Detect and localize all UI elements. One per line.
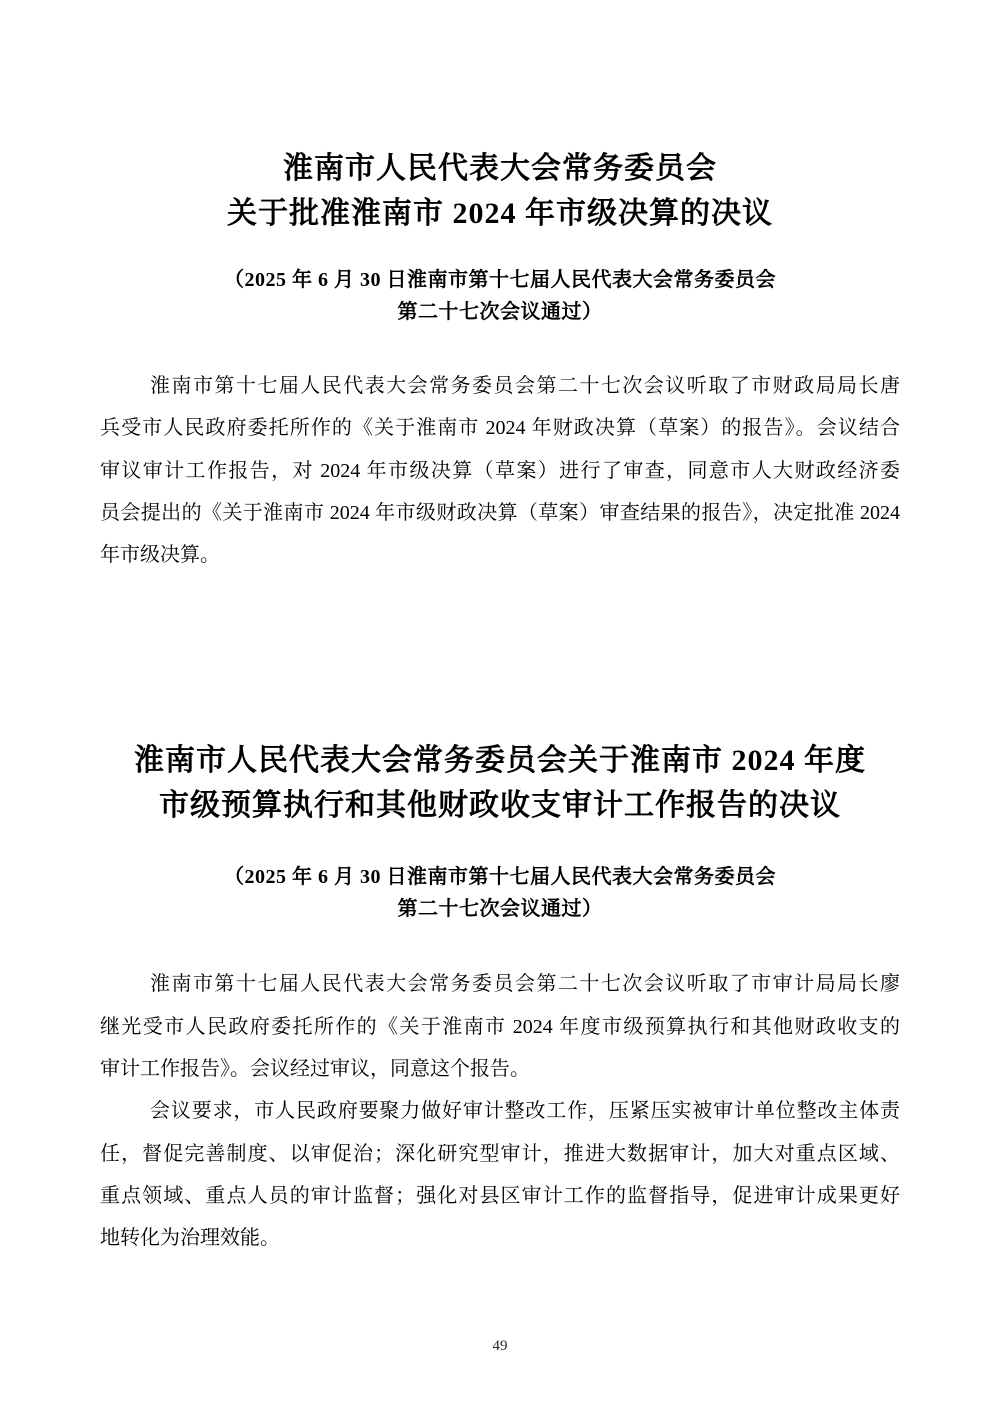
body-line: 审计工作报告》。会议经过审议，同意这个报告。 xyxy=(100,1048,900,1090)
resolution-1-body-paragraph: 淮南市第十七届人民代表大会常务委员会第二十七次会议听取了市财政局局长唐 兵受市人… xyxy=(100,365,900,576)
page-number: 49 xyxy=(0,1336,1000,1356)
body-line: 继光受市人民政府委托所作的《关于淮南市 2024 年度市级预算执行和其他财政收支… xyxy=(100,1006,900,1048)
resolution-2-body-paragraph-2: 会议要求，市人民政府要聚力做好审计整改工作，压紧压实被审计单位整改主体责 任，督… xyxy=(100,1090,900,1259)
body-line: 重点领域、重点人员的审计监督；强化对县区审计工作的监督指导，促进审计成果更好 xyxy=(100,1175,900,1217)
resolution-2: 淮南市人民代表大会常务委员会关于淮南市 2024 年度 市级预算执行和其他财政收… xyxy=(100,738,900,1259)
body-line: 兵受市人民政府委托所作的《关于淮南市 2024 年财政决算（草案）的报告》。会议… xyxy=(100,407,900,449)
body-line: 任，督促完善制度、以审促治；深化研究型审计，推进大数据审计，加大对重点区域、 xyxy=(100,1133,900,1175)
resolution-1: 淮南市人民代表大会常务委员会 关于批准淮南市 2024 年市级决算的决议 （20… xyxy=(100,146,900,576)
body-line: 地转化为治理效能。 xyxy=(100,1217,900,1259)
resolution-1-meeting-note-line-2: 第二十七次会议通过） xyxy=(100,296,900,328)
body-line: 淮南市第十七届人民代表大会常务委员会第二十七次会议听取了市财政局局长唐 xyxy=(100,365,900,407)
resolution-2-meeting-note-line-1: （2025 年 6 月 30 日淮南市第十七届人民代表大会常务委员会 xyxy=(100,861,900,893)
resolution-1-title-line-2: 关于批准淮南市 2024 年市级决算的决议 xyxy=(100,191,900,236)
resolution-1-meeting-note: （2025 年 6 月 30 日淮南市第十七届人民代表大会常务委员会 第二十七次… xyxy=(100,264,900,328)
resolution-2-meeting-note-line-2: 第二十七次会议通过） xyxy=(100,893,900,925)
resolution-2-title: 淮南市人民代表大会常务委员会关于淮南市 2024 年度 市级预算执行和其他财政收… xyxy=(100,738,900,828)
resolution-1-title-line-1: 淮南市人民代表大会常务委员会 xyxy=(100,146,900,191)
body-line: 会议要求，市人民政府要聚力做好审计整改工作，压紧压实被审计单位整改主体责 xyxy=(100,1090,900,1132)
document-page: 淮南市人民代表大会常务委员会 关于批准淮南市 2024 年市级决算的决议 （20… xyxy=(0,0,1000,1415)
body-line: 员会提出的《关于淮南市 2024 年市级财政决算（草案）审查结果的报告》，决定批… xyxy=(100,492,900,534)
resolution-2-body-paragraph-1: 淮南市第十七届人民代表大会常务委员会第二十七次会议听取了市审计局局长廖 继光受市… xyxy=(100,963,900,1090)
body-line: 淮南市第十七届人民代表大会常务委员会第二十七次会议听取了市审计局局长廖 xyxy=(100,963,900,1005)
resolution-2-title-line-2: 市级预算执行和其他财政收支审计工作报告的决议 xyxy=(100,783,900,828)
body-line: 审议审计工作报告，对 2024 年市级决算（草案）进行了审查，同意市人大财政经济… xyxy=(100,450,900,492)
body-line: 年市级决算。 xyxy=(100,534,900,576)
resolution-1-meeting-note-line-1: （2025 年 6 月 30 日淮南市第十七届人民代表大会常务委员会 xyxy=(100,264,900,296)
resolution-2-meeting-note: （2025 年 6 月 30 日淮南市第十七届人民代表大会常务委员会 第二十七次… xyxy=(100,861,900,925)
resolution-1-title: 淮南市人民代表大会常务委员会 关于批准淮南市 2024 年市级决算的决议 xyxy=(100,146,900,236)
resolution-2-title-line-1: 淮南市人民代表大会常务委员会关于淮南市 2024 年度 xyxy=(100,738,900,783)
